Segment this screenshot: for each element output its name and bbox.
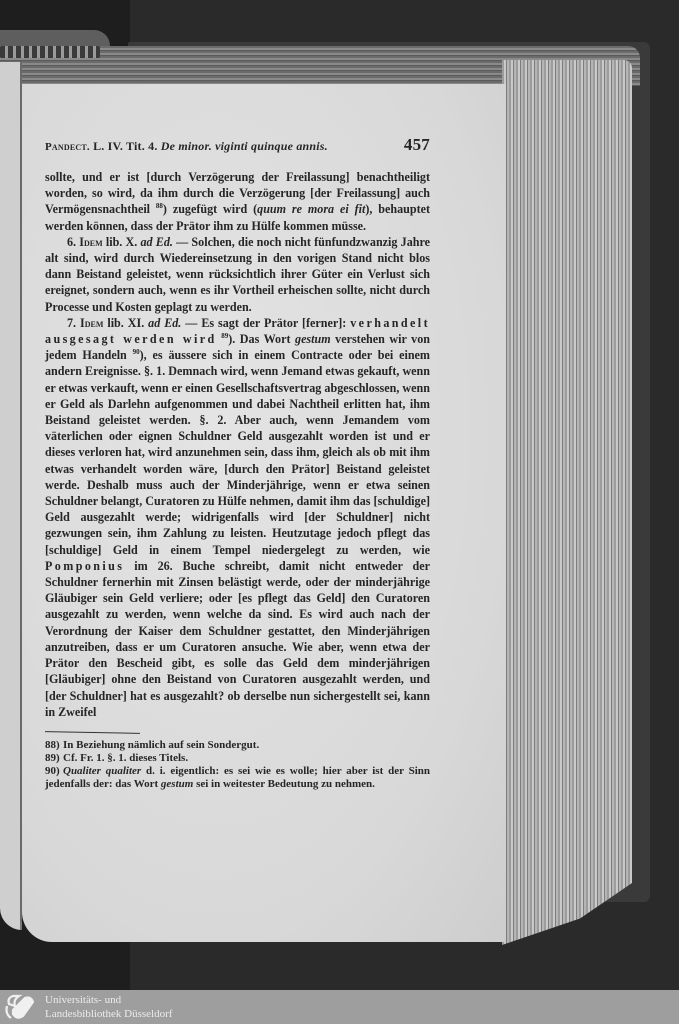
text-run: lib. XI.: [103, 316, 148, 330]
text-run: 6.: [67, 235, 79, 249]
footnote-ref: 90: [133, 348, 140, 356]
library-name: Universitäts- und Landesbibliothek Düsse…: [45, 993, 172, 1021]
text-run: In Beziehung nämlich auf sein Sondergut.: [63, 739, 259, 751]
italic-text: ad Ed.: [141, 235, 173, 249]
page-text-block: Pandect. L. IV. Tit. 4. De minor. vigint…: [45, 135, 430, 791]
paragraph-section-6: 6. Idem lib. X. ad Ed. — Solchen, die no…: [45, 234, 430, 315]
footnote-number: 88): [45, 739, 63, 752]
small-caps-text: Idem: [80, 316, 103, 330]
italic-text: ad Ed.: [148, 316, 181, 330]
text-run: sei in weitester Bedeutung zu nehmen.: [193, 778, 375, 790]
library-footer-bar: Universitäts- und Landesbibliothek Düsse…: [0, 990, 679, 1024]
text-run: ) zugefügt wird (: [163, 202, 257, 216]
small-caps-text: Idem: [79, 235, 102, 249]
italic-text: Qualiter qualiter: [63, 765, 141, 777]
italic-text: gestum: [295, 332, 331, 346]
running-head-book: Pandect.: [45, 141, 90, 153]
text-run: lib. X.: [103, 235, 141, 249]
text-run: Cf. Fr. 1. §. 1. dieses Titels.: [63, 752, 188, 764]
running-head-left: Pandect. L. IV. Tit. 4. De minor. vigint…: [45, 139, 328, 154]
footnote-number: 90): [45, 765, 63, 778]
running-head-title: De minor. viginti quinque annis.: [161, 139, 328, 153]
book-logo-icon[interactable]: [3, 992, 37, 1022]
text-run: — Es sagt der Prätor [ferner]:: [181, 316, 350, 330]
footnote: 88) In Beziehung nämlich auf sein Sonder…: [45, 739, 430, 752]
footnote: 90) Qualiter qualiter d. i. eigentlich: …: [45, 765, 430, 791]
text-run: im 26. Buche schreibt, damit nicht entwe…: [45, 559, 430, 719]
text-run: ), es äussere sich in einem Contracte od…: [45, 348, 430, 556]
left-page-sliver: [0, 62, 22, 930]
library-name-line1: Universitäts- und: [45, 993, 172, 1007]
italic-text: gestum: [161, 778, 193, 790]
text-run: 7.: [67, 316, 80, 330]
footnotes: 88) In Beziehung nämlich auf sein Sonder…: [45, 739, 430, 791]
footnote-ref: 88: [156, 202, 163, 210]
running-head-location: L. IV. Tit. 4.: [93, 139, 158, 153]
body-text: sollte, und er ist [durch Verzögerung de…: [45, 169, 430, 720]
footnote-separator: [45, 731, 140, 734]
page-stack-fore-edge: [502, 60, 632, 945]
running-head: Pandect. L. IV. Tit. 4. De minor. vigint…: [45, 135, 430, 155]
scanned-book-scene: Pandect. L. IV. Tit. 4. De minor. vigint…: [0, 0, 679, 990]
headband: [0, 46, 100, 58]
page-gutter: [20, 62, 22, 922]
page-number: 457: [404, 135, 430, 155]
italic-text: quum re mora ei fit: [257, 202, 365, 216]
text-run: ). Das Wort: [228, 332, 295, 346]
paragraph-continuation: sollte, und er ist [durch Verzögerung de…: [45, 169, 430, 234]
spaced-emphasis: Pomponius: [45, 559, 124, 573]
paragraph-section-7: 7. Idem lib. XI. ad Ed. — Es sagt der Pr…: [45, 315, 430, 720]
footnote-number: 89): [45, 752, 63, 765]
library-name-line2: Landesbibliothek Düsseldorf: [45, 1007, 172, 1021]
footnote: 89) Cf. Fr. 1. §. 1. dieses Titels.: [45, 752, 430, 765]
